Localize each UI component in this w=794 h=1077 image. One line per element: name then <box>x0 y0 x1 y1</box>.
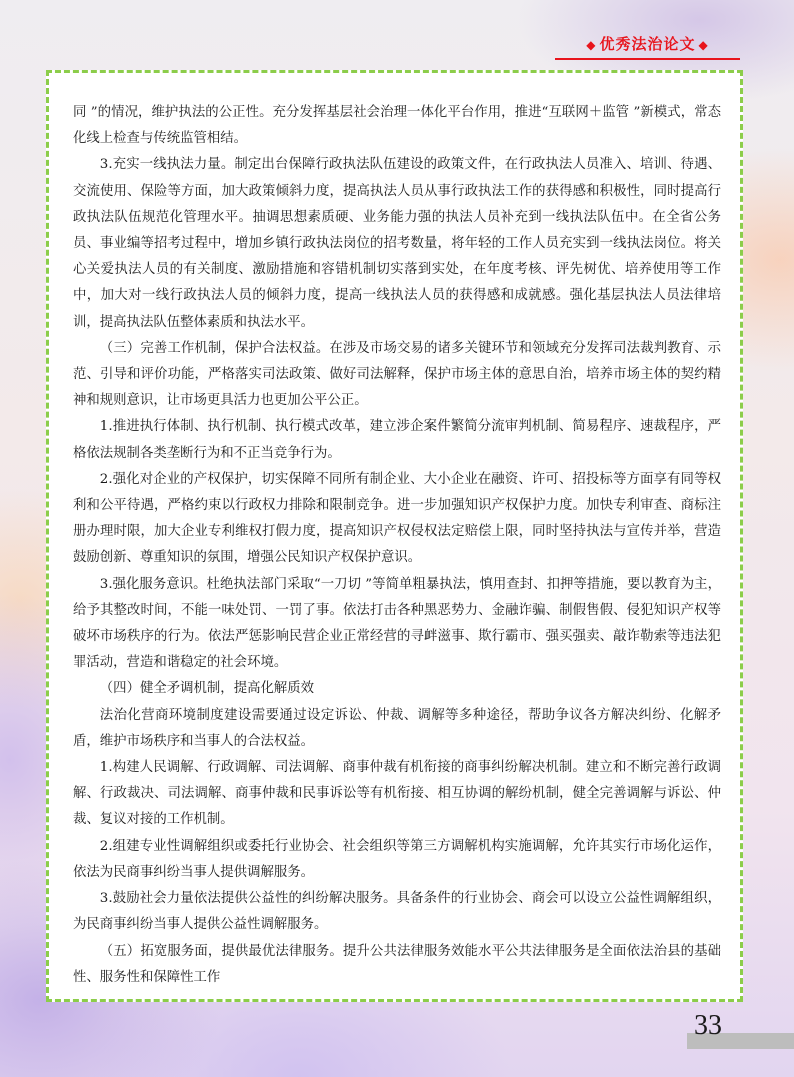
paragraph: 3.强化服务意识。杜绝执法部门采取“一刀切 ”等简单粗暴执法，慎用查封、扣押等措… <box>73 572 721 677</box>
paragraph: 法治化营商环境制度建设需要通过设定诉讼、仲裁、调解等多种途径，帮助争议各方解决纠… <box>73 703 721 755</box>
paragraph: 2.组建专业性调解组织或委托行业协会、社会组织等第三方调解机构实施调解，允许其实… <box>73 834 721 886</box>
section-title-text: 优秀法治论文 <box>599 35 695 53</box>
article-body: 同 ”的情况，维护执法的公正性。充分发挥基层社会治理一体化平台作用，推进“互联网… <box>73 100 721 991</box>
article-frame: 同 ”的情况，维护执法的公正性。充分发挥基层社会治理一体化平台作用，推进“互联网… <box>46 70 743 1002</box>
paragraph: 3.充实一线执法力量。制定出台保障行政执法队伍建设的政策文件，在行政执法人员准入… <box>73 152 721 335</box>
paragraph-heading: （四）健全矛调机制，提高化解质效 <box>73 676 721 702</box>
paragraph: 同 ”的情况，维护执法的公正性。充分发挥基层社会治理一体化平台作用，推进“互联网… <box>73 100 721 152</box>
section-title: ◆优秀法治论文◆ <box>583 35 711 53</box>
paragraph-heading: （五）拓宽服务面，提供最优法律服务。提升公共法律服务效能水平公共法律服务是全面依… <box>73 939 721 991</box>
diamond-icon: ◆ <box>586 38 596 52</box>
paragraph: 2.强化对企业的产权保护，切实保障不同所有制企业、大小企业在融资、许可、招投标等… <box>73 467 721 572</box>
page-number: 33 <box>694 1010 722 1042</box>
section-header: ◆优秀法治论文◆ <box>555 34 740 60</box>
paragraph-heading: （三）完善工作机制，保护合法权益。在涉及市场交易的诸多关键环节和领域充分发挥司法… <box>73 336 721 415</box>
paragraph: 3.鼓励社会力量依法提供公益性的纠纷解决服务。具备条件的行业协会、商会可以设立公… <box>73 886 721 938</box>
paragraph: 1.构建人民调解、行政调解、司法调解、商事仲裁有机衔接的商事纠纷解决机制。建立和… <box>73 755 721 834</box>
paragraph: 1.推进执行体制、执行机制、执行模式改革，建立涉企案件繁简分流审判机制、简易程序… <box>73 414 721 466</box>
diamond-icon: ◆ <box>699 38 709 52</box>
